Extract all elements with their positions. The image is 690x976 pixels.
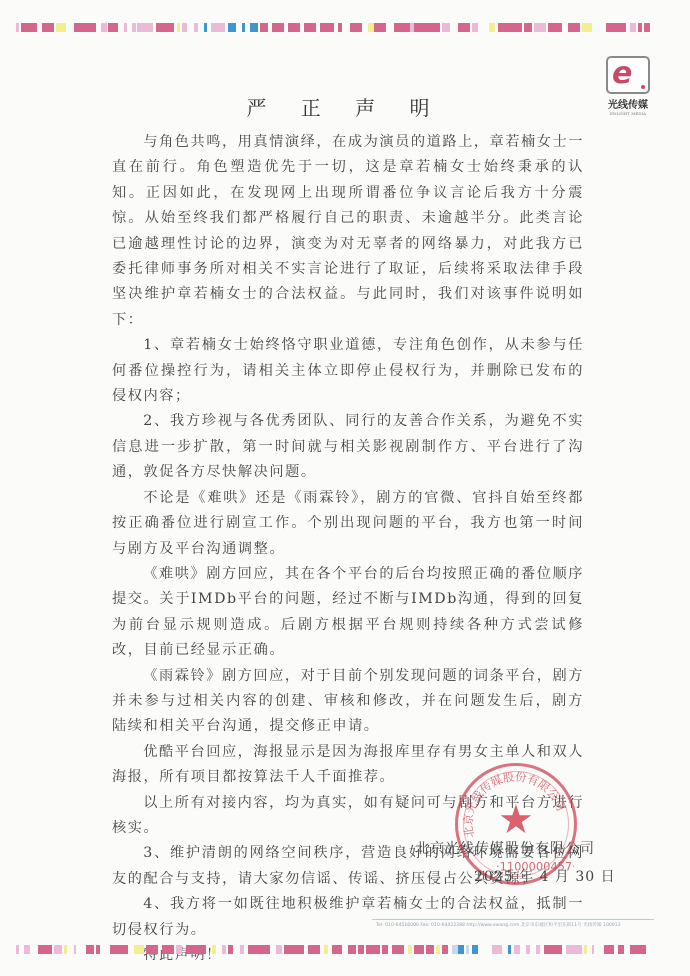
paragraph-nanhong-yulinling: 不论是《难哄》还是《雨霖铃》，剧方的官微、官抖自始至终都按正确番位进行剧宣工作。… bbox=[112, 486, 584, 562]
seal-star-icon: ★ bbox=[498, 800, 534, 840]
footer-contact: Tel: 010-64516000 Fax: 010-64422288 http… bbox=[376, 922, 656, 928]
paragraph-point-2: 2、我方珍视与各优秀团队、同行的友善合作关系，为避免不实信息进一步扩散，第一时间… bbox=[112, 409, 584, 485]
signature-date: 2025 年 4 月 30 日 bbox=[474, 866, 616, 886]
paragraph-intro: 与角色共鸣，用真情演绎，在成为演员的道路上，章若楠女士一直在前行。角色塑造优先于… bbox=[112, 130, 584, 333]
paragraph-point-4: 4、我方将一如既往地积极维护章若楠女士的合法权益，抵制一切侵权行为。 bbox=[112, 892, 584, 943]
signature-company: 北京光线传媒股份有限公司 bbox=[415, 838, 595, 858]
footer-divider bbox=[372, 919, 654, 920]
bottom-color-bar bbox=[14, 945, 676, 954]
paragraph-nanhong-response: 《难哄》剧方回应，其在各个平台的后台均按照正确的番位顺序提交。关于IMDb平台的… bbox=[112, 562, 584, 664]
logo-e-icon: e bbox=[606, 56, 650, 94]
paragraph-point-1: 1、章若楠女士始终恪守职业道德，专注角色创作，从未参与任何番位操控行为，请相关主… bbox=[112, 333, 584, 409]
paragraph-yulinling-response: 《雨霖铃》剧方回应，对于目前个别发现问题的词条平台，剧方并未参与过相关内容的创建… bbox=[112, 664, 584, 740]
document-title: 严 正 声 明 bbox=[0, 92, 690, 121]
top-color-bar bbox=[14, 23, 676, 32]
